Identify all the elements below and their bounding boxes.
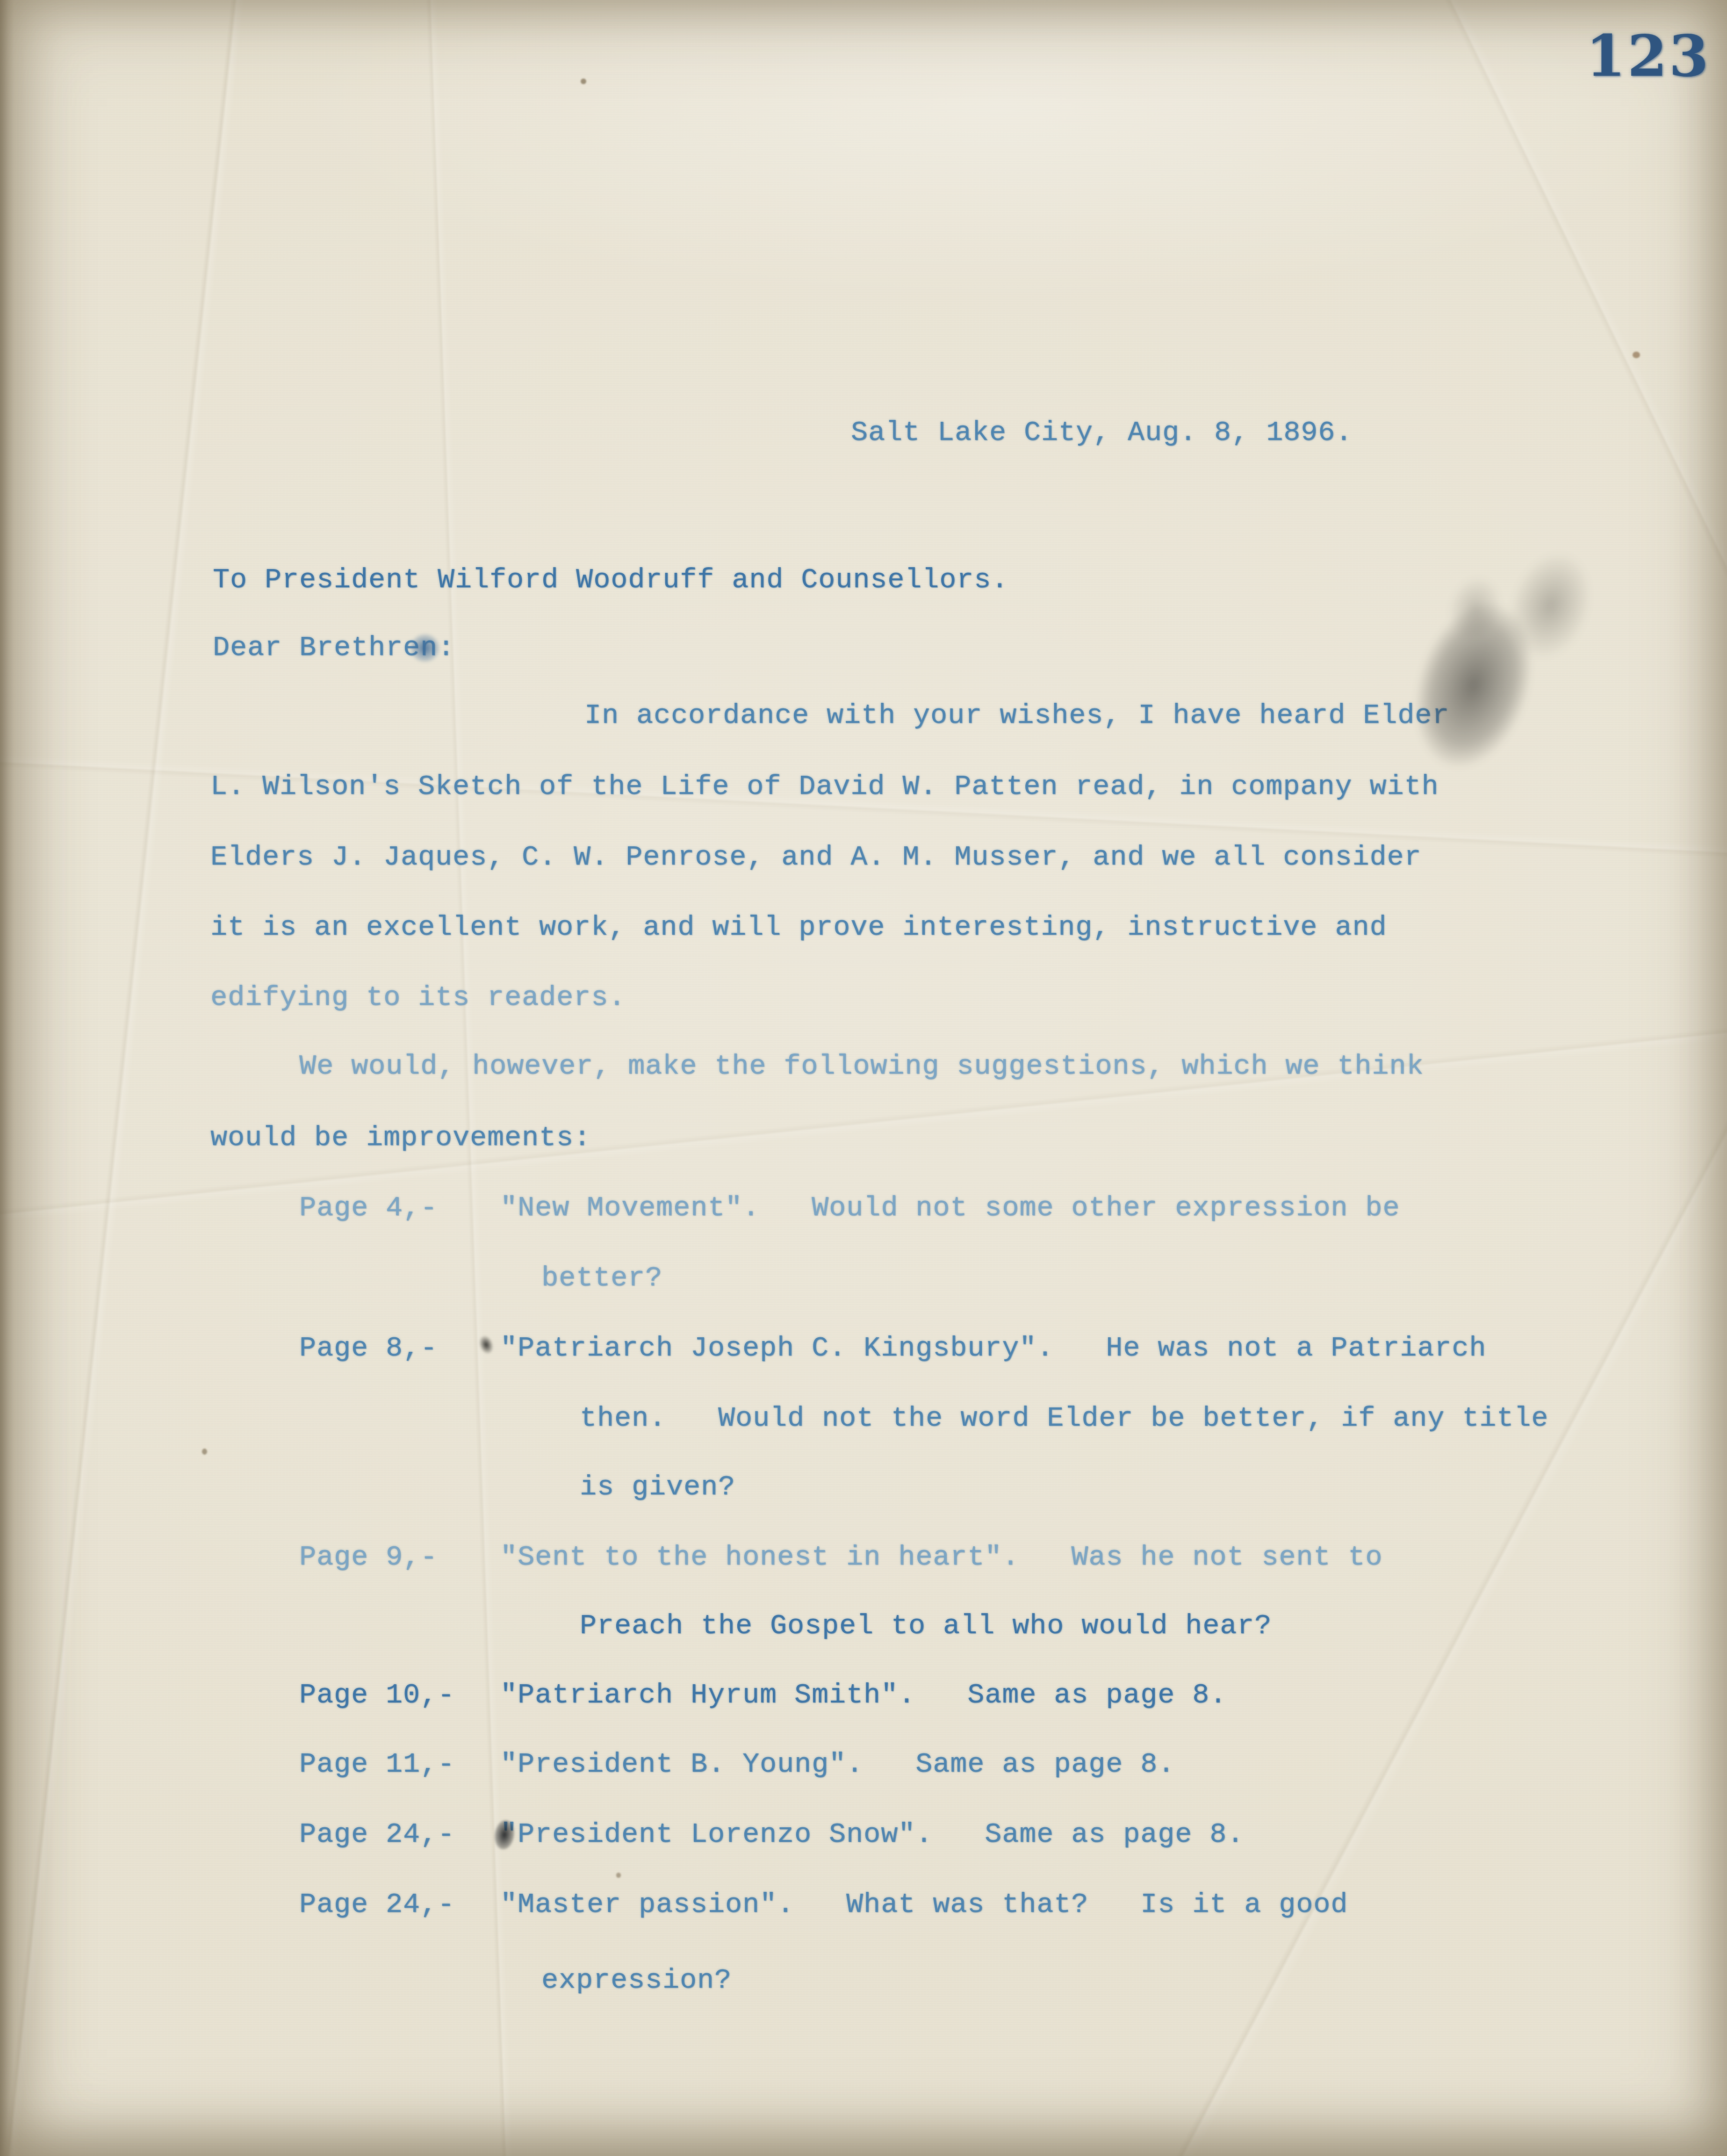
ink-blot [410, 634, 439, 662]
paper-speck [202, 1449, 207, 1455]
suggestion-text: "Patriarch Hyrum Smith". Same as page 8. [500, 1680, 1227, 1711]
suggestion-text: "President B. Young". Same as page 8. [500, 1749, 1175, 1781]
letter-page: 123 Salt Lake City, Aug. 8, 1896. To Pre… [0, 0, 1727, 2156]
suggestion-row: Page 11,-"President B. Young". Same as p… [299, 1748, 1175, 1781]
suggestion-page-label: Page 11,- [299, 1748, 500, 1781]
suggestion-row: Page 8,-"Patriarch Joseph C. Kingsbury".… [299, 1332, 1486, 1365]
suggestion-row: Page 24,-"Master passion". What was that… [299, 1888, 1348, 1922]
suggestion-text: "Master passion". What was that? Is it a… [500, 1889, 1348, 1921]
suggestion-continuation: then. Would not the word Elder be better… [580, 1402, 1548, 1435]
suggestion-continuation: Preach the Gospel to all who would hear? [580, 1609, 1272, 1643]
body-line: would be improvements: [210, 1121, 591, 1155]
suggestion-row: Page 9,-"Sent to the honest in heart". W… [299, 1541, 1382, 1574]
suggestion-continuation: better? [541, 1262, 662, 1295]
suggestion-text: "Sent to the honest in heart". Was he no… [500, 1542, 1382, 1573]
paper-speck [1633, 352, 1640, 358]
body-line: edifying to its readers. [210, 981, 626, 1015]
paper-speck [616, 1873, 621, 1878]
suggestion-page-label: Page 24,- [299, 1818, 500, 1852]
suggestion-page-label: Page 9,- [299, 1541, 500, 1574]
suggestion-text: "President Lorenzo Snow". Same as page 8… [500, 1819, 1244, 1851]
suggestion-page-label: Page 8,- [299, 1332, 500, 1365]
paper-speck [581, 79, 586, 84]
dateline: Salt Lake City, Aug. 8, 1896. [851, 416, 1353, 450]
suggestion-row: Page 10,-"Patriarch Hyrum Smith". Same a… [299, 1679, 1227, 1712]
body-line: We would, however, make the following su… [299, 1050, 1424, 1083]
suggestion-row: Page 24,-"President Lorenzo Snow". Same … [299, 1818, 1244, 1852]
recipient-line: To President Wilford Woodruff and Counse… [213, 563, 1008, 597]
body-line: In accordance with your wishes, I have h… [584, 699, 1449, 733]
suggestion-page-label: Page 24,- [299, 1888, 500, 1922]
suggestion-row: Page 4,-"New Movement". Would not some o… [299, 1191, 1400, 1225]
body-line: it is an excellent work, and will prove … [210, 911, 1387, 945]
suggestion-continuation: expression? [541, 1964, 732, 1997]
suggestion-page-label: Page 4,- [299, 1191, 500, 1225]
suggestion-page-label: Page 10,- [299, 1679, 500, 1712]
body-line: Elders J. Jaques, C. W. Penrose, and A. … [210, 841, 1421, 874]
suggestion-continuation: is given? [580, 1471, 735, 1504]
body-line: L. Wilson's Sketch of the Life of David … [210, 770, 1439, 804]
suggestion-text: "Patriarch Joseph C. Kingsbury". He was … [500, 1333, 1486, 1364]
typewritten-text: Salt Lake City, Aug. 8, 1896. To Preside… [0, 0, 1727, 2156]
suggestion-text: "New Movement". Would not some other exp… [500, 1192, 1400, 1224]
